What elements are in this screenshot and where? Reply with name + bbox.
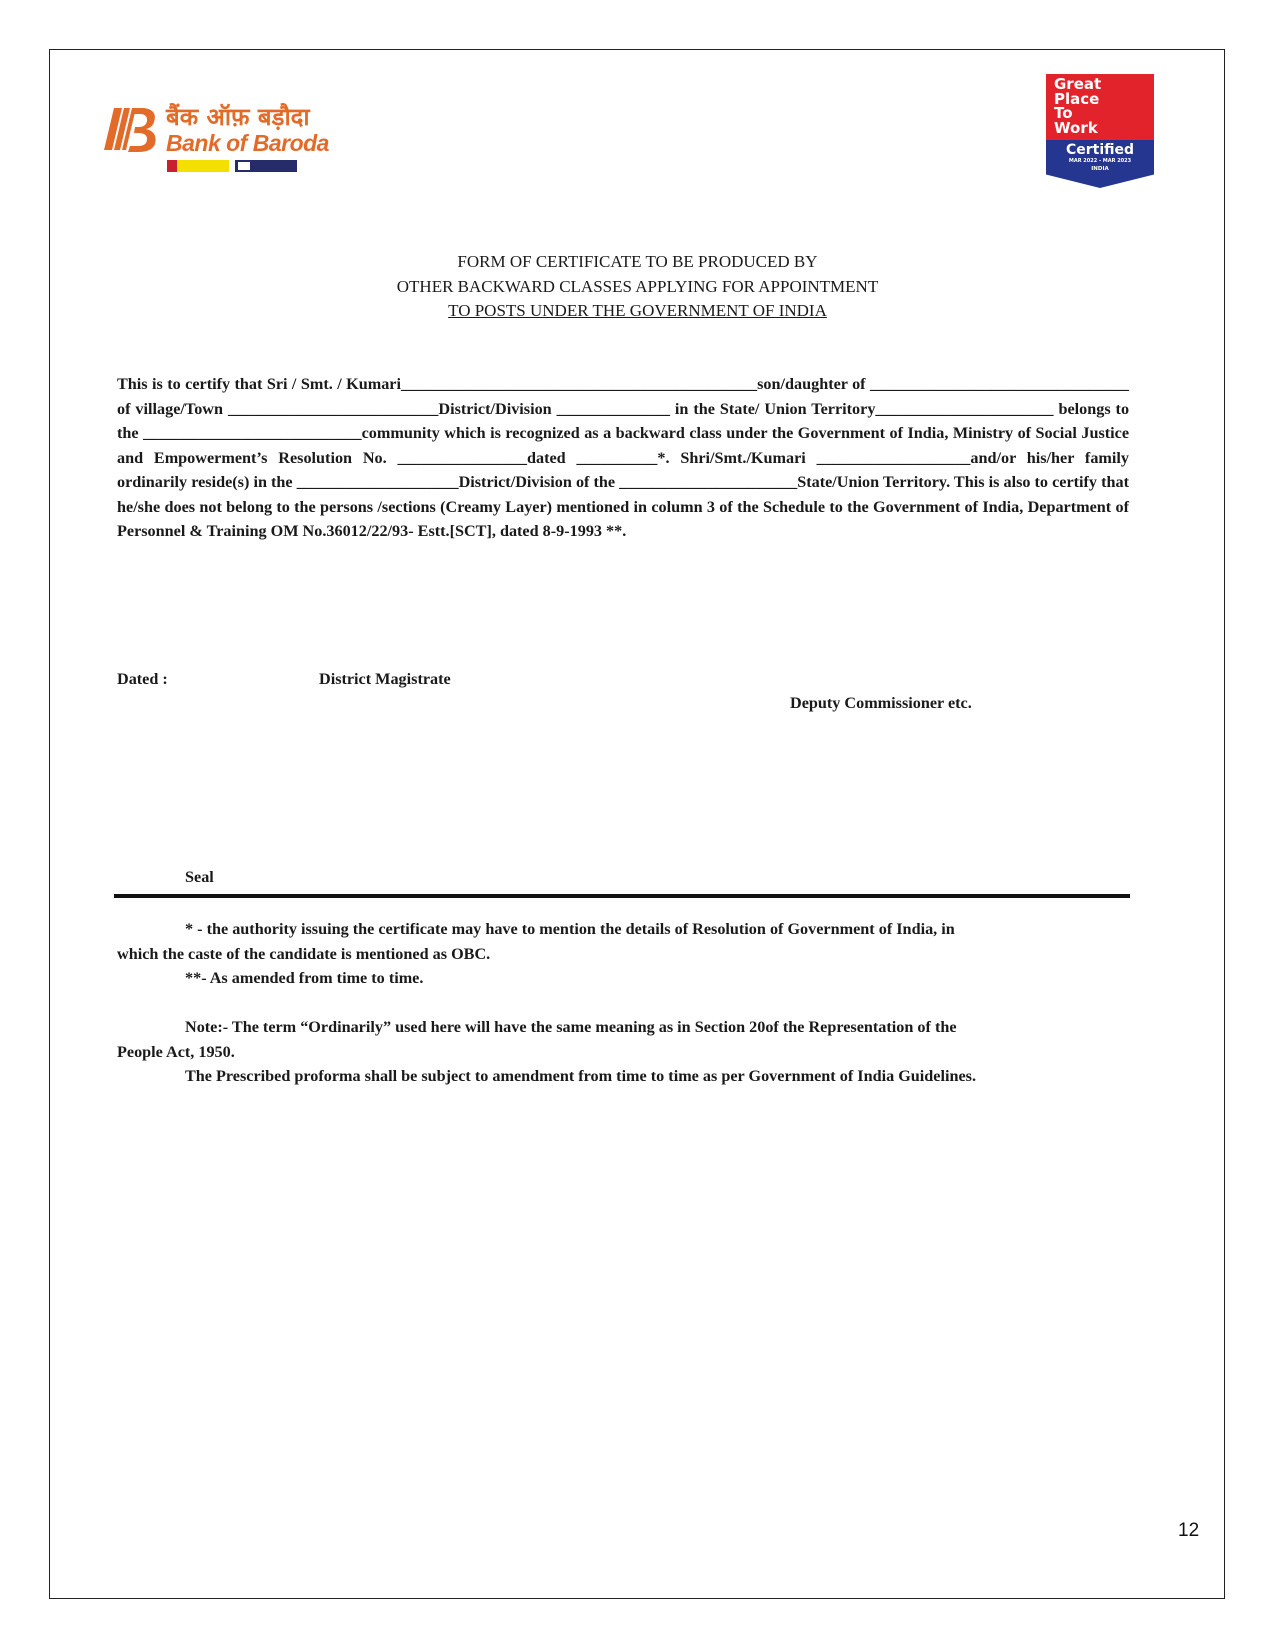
document-title: FORM OF CERTIFICATE TO BE PRODUCED BY OT…: [0, 250, 1275, 324]
tagline-yellow-badge: [167, 160, 229, 172]
body-text: District/Division: [438, 400, 551, 418]
resolution-date-blank[interactable]: __________: [576, 449, 657, 467]
body-text: in the State/ Union Territory: [675, 400, 876, 418]
district-blank[interactable]: ______________: [557, 400, 670, 418]
district-magistrate-label: District Magistrate: [319, 670, 451, 689]
gptw-certified: Certified: [1046, 140, 1154, 158]
bank-of-baroda-logo: बैंक ऑफ़ बड़ौदा Bank of Baroda: [100, 100, 300, 180]
body-text: dated: [527, 449, 566, 467]
name-blank-2[interactable]: ___________________: [817, 449, 971, 467]
footnote-amended: **- As amended from time to time.: [117, 966, 1117, 991]
seal-label: Seal: [185, 868, 214, 887]
body-text: of village/Town: [117, 400, 223, 418]
gptw-blue-panel: Certified MAR 2022 - MAR 2023 INDIA: [1046, 140, 1154, 188]
resolution-number-blank[interactable]: ________________: [397, 449, 527, 467]
dated-label: Dated :: [117, 670, 168, 689]
bank-name-hindi: बैंक ऑफ़ बड़ौदा: [166, 100, 310, 133]
footnote-text: which the caste of the candidate is ment…: [117, 942, 1117, 967]
logo-tagline-strip: [167, 160, 297, 172]
gptw-line: Great: [1046, 74, 1154, 92]
bank-name-english: Bank of Baroda: [166, 130, 329, 157]
title-line-1: FORM OF CERTIFICATE TO BE PRODUCED BY: [0, 250, 1275, 275]
deputy-commissioner-label: Deputy Commissioner etc.: [790, 694, 972, 713]
proforma-note: The Prescribed proforma shall be subject…: [117, 1064, 1129, 1089]
horizontal-divider: [114, 894, 1130, 898]
tagline-blue-badge: [235, 160, 297, 172]
page-number: 12: [1178, 1520, 1199, 1542]
title-line-3: TO POSTS UNDER THE GOVERNMENT OF INDIA: [448, 301, 827, 320]
parent-name-blank[interactable]: ________________________________: [870, 375, 1129, 393]
footnote-text: * - the authority issuing the certificat…: [117, 917, 1117, 942]
community-blank[interactable]: ___________________________: [143, 424, 362, 442]
great-place-to-work-badge: Great Place To Work Certified MAR 2022 -…: [1046, 74, 1154, 188]
note-text: Note:- The term “Ordinarily” used here w…: [117, 1015, 1129, 1040]
gptw-line: Work: [1046, 121, 1154, 136]
body-text: District/Division of the: [459, 473, 616, 491]
residence-state-blank[interactable]: ______________________: [619, 473, 797, 491]
note-text: People Act, 1950.: [117, 1040, 1129, 1065]
note-section: Note:- The term “Ordinarily” used here w…: [117, 1015, 1129, 1089]
body-text: son/daughter of: [757, 375, 865, 393]
certificate-body: This is to certify that Sri / Smt. / Kum…: [117, 372, 1129, 544]
title-line-2: OTHER BACKWARD CLASSES APPLYING FOR APPO…: [0, 275, 1275, 300]
name-blank[interactable]: ________________________________________…: [401, 375, 757, 393]
state-blank[interactable]: ______________________: [875, 400, 1053, 418]
body-text: *. Shri/Smt./Kumari: [657, 449, 805, 467]
gptw-period: MAR 2022 - MAR 2023: [1046, 158, 1154, 165]
footnote-authority: * - the authority issuing the certificat…: [117, 917, 1117, 991]
residence-district-blank[interactable]: ____________________: [297, 473, 459, 491]
body-text: This is to certify that Sri / Smt. / Kum…: [117, 375, 401, 393]
gptw-red-panel: Great Place To Work: [1046, 74, 1154, 140]
town-blank[interactable]: __________________________: [228, 400, 438, 418]
gptw-country: INDIA: [1046, 165, 1154, 173]
baroda-sun-icon: [100, 104, 160, 156]
